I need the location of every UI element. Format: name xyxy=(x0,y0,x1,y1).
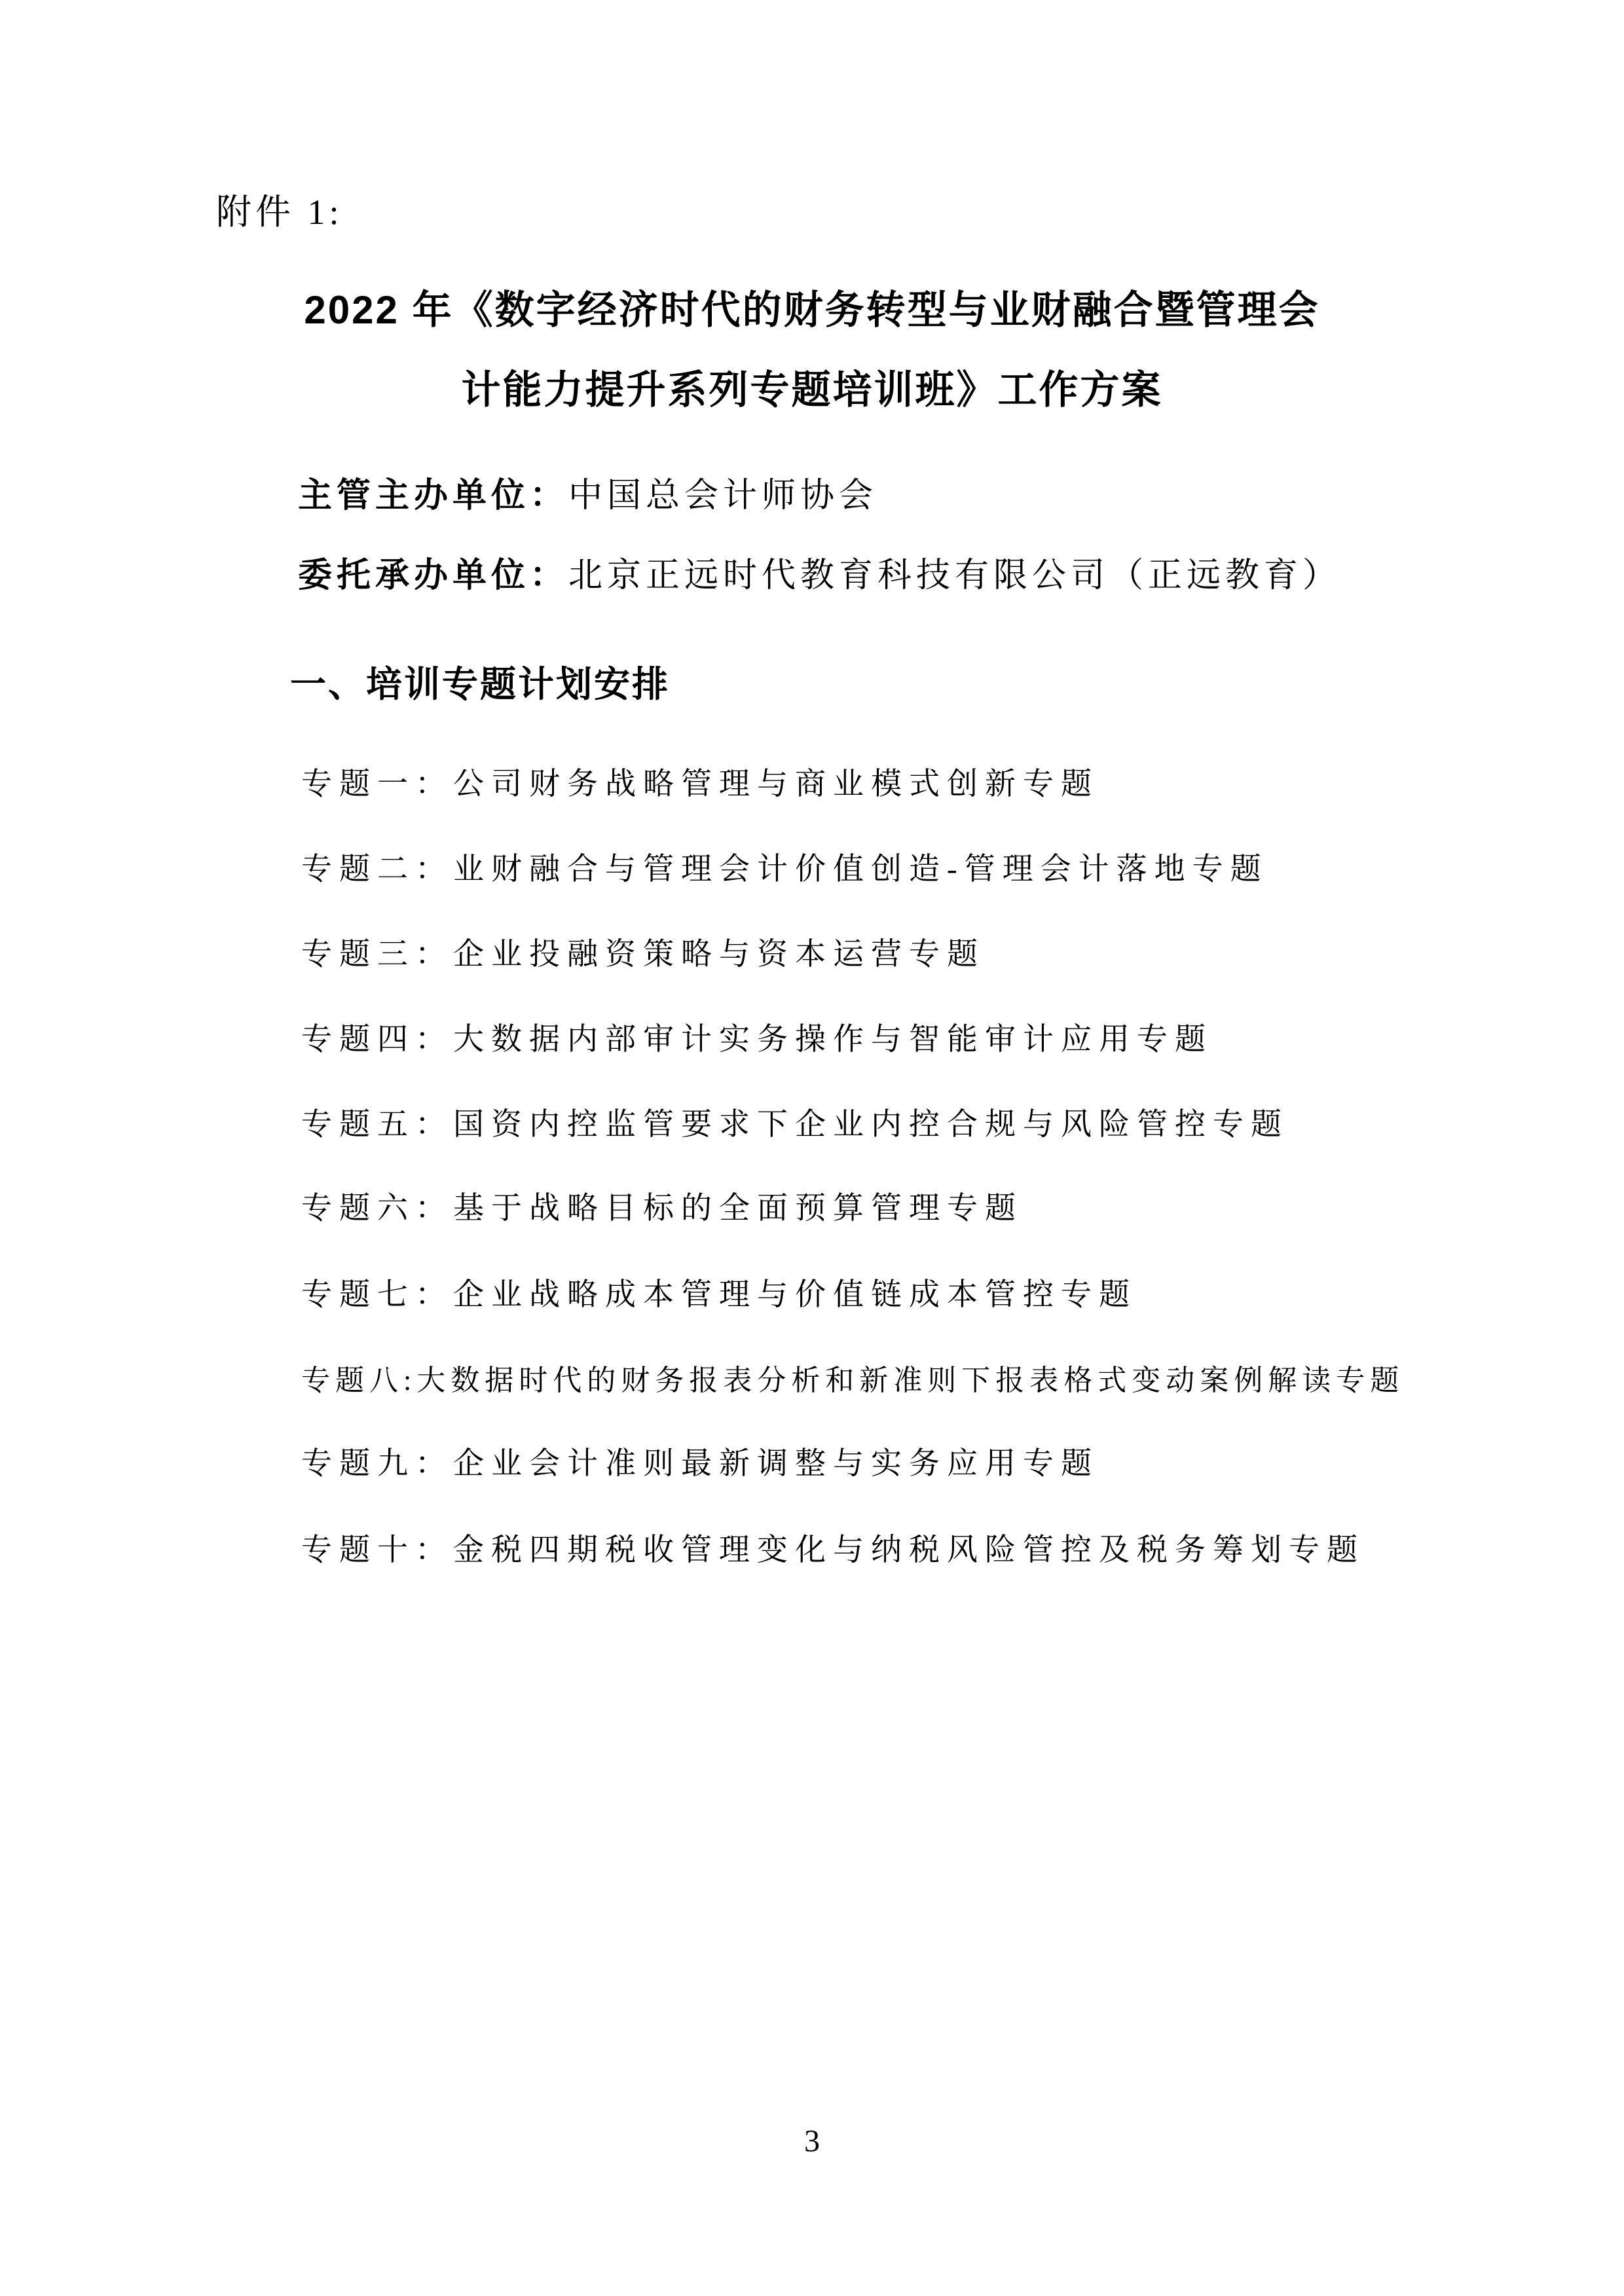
section-heading-training-plan: 一、培训专题计划安排 xyxy=(290,655,670,707)
topic-item-3: 专题三：企业投融资策略与资本运营专题 xyxy=(301,930,985,974)
topic-item-2: 专题二：业财融合与管理会计价值创造-管理会计落地专题 xyxy=(301,845,1268,888)
topic-item-10: 专题十：金税四期税收管理变化与纳税风险管控及税务筹划专题 xyxy=(301,1525,1365,1569)
organizer-value-undertaker: 北京正远时代教育科技有限公司（正远教育） xyxy=(568,557,1341,594)
document-title-line-1: 2022 年《数字经济时代的财务转型与业财融合暨管理会 xyxy=(0,279,1624,335)
topic-item-8: 专题八:大数据时代的财务报表分析和新准则下报表格式变动案例解读专题 xyxy=(301,1357,1404,1398)
organizer-row-supervisor: 主管主办单位：中国总会计师协会 xyxy=(298,467,877,517)
organizer-row-undertaker: 委托承办单位：北京正远时代教育科技有限公司（正远教育） xyxy=(298,547,1341,596)
organizer-value-supervisor: 中国总会计师协会 xyxy=(568,477,877,515)
organizer-label-supervisor: 主管主办单位： xyxy=(298,477,568,515)
topic-item-1: 专题一：公司财务战略管理与商业模式创新专题 xyxy=(301,759,1099,803)
organizer-label-undertaker: 委托承办单位： xyxy=(298,557,568,594)
topic-item-4: 专题四：大数据内部审计实务操作与智能审计应用专题 xyxy=(301,1015,1213,1059)
document-title-line-2: 计能力提升系列专题培训班》工作方案 xyxy=(0,359,1624,415)
attachment-label: 附件 1: xyxy=(216,184,343,234)
topic-item-9: 专题九：企业会计准则最新调整与实务应用专题 xyxy=(301,1439,1099,1483)
page-number: 3 xyxy=(0,2123,1624,2159)
topic-item-6: 专题六：基于战略目标的全面预算管理专题 xyxy=(301,1184,1023,1228)
document-page: 附件 1: 2022 年《数字经济时代的财务转型与业财融合暨管理会 计能力提升系… xyxy=(0,0,1624,2296)
topic-item-7: 专题七：企业战略成本管理与价值链成本管控专题 xyxy=(301,1270,1137,1314)
topic-item-5: 专题五：国资内控监管要求下企业内控合规与风险管控专题 xyxy=(301,1100,1289,1144)
